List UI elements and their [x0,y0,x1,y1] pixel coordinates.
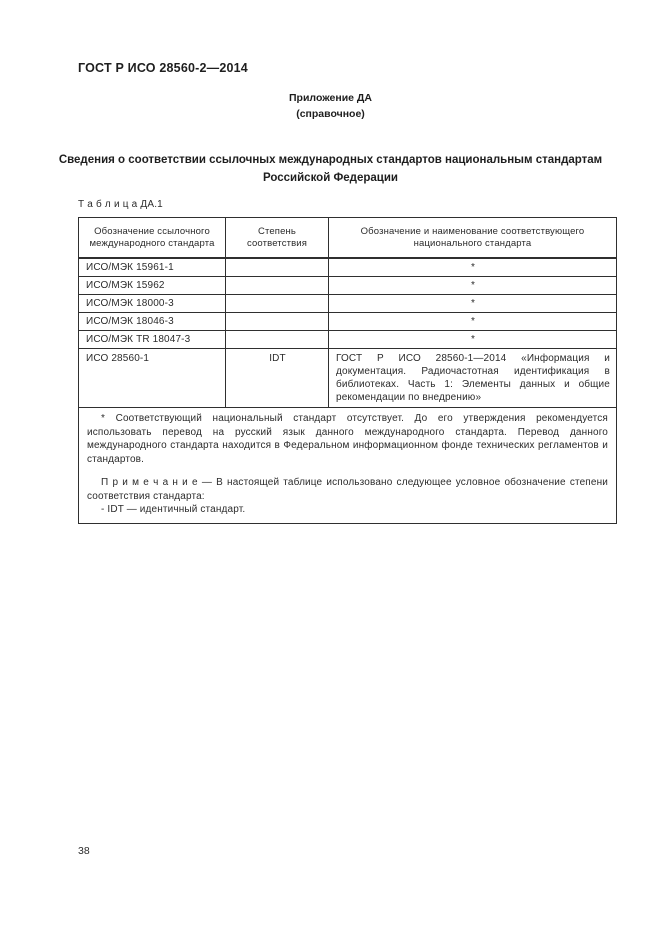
cell-reference: ИСО/МЭК 15961-1 [79,258,226,277]
table-caption: Т а б л и ц а ДА.1 [78,199,163,210]
footnote-text: * Соответствующий национальный стандарт … [87,412,608,466]
footnote-cell: * Соответствующий национальный стандарт … [79,408,617,524]
column-header-reference-standard: Обозначение ссылочного международного ст… [79,218,226,259]
page-number: 38 [78,845,90,857]
cell-degree [226,313,329,331]
cell-degree [226,295,329,313]
cell-reference: ИСО 28560-1 [79,349,226,408]
cell-reference: ИСО/МЭК TR 18047-3 [79,331,226,349]
document-code: ГОСТ Р ИСО 28560-2—2014 [78,61,248,75]
cell-national: * [329,258,617,277]
table-header-row: Обозначение ссылочного международного ст… [79,218,617,259]
annex-label: Приложение ДА [0,90,661,106]
table-row: ИСО/МЭК 15961-1 * [79,258,617,277]
annex-heading: Приложение ДА (справочное) [0,90,661,122]
column-header-national-standard: Обозначение и наименование соответствующ… [329,218,617,259]
cell-degree [226,331,329,349]
cell-national: ГОСТ Р ИСО 28560-1—2014 «Информация и до… [329,349,617,408]
correspondence-table: Обозначение ссылочного международного ст… [78,217,617,524]
document-page: ГОСТ Р ИСО 28560-2—2014 Приложение ДА (с… [0,0,661,936]
note-item-idt: - IDT — идентичный стандарт. [87,503,608,517]
annex-kind: (справочное) [0,106,661,122]
page-title-line1: Сведения о соответствии ссылочных междун… [40,151,621,169]
cell-degree [226,258,329,277]
table-row: ИСО/МЭК 15962 * [79,277,617,295]
cell-reference: ИСО/МЭК 15962 [79,277,226,295]
cell-reference: ИСО/МЭК 18046-3 [79,313,226,331]
cell-national: * [329,277,617,295]
note-text: П р и м е ч а н и е — В настоящей таблиц… [87,476,608,503]
table-footnote-row: * Соответствующий национальный стандарт … [79,408,617,524]
cell-reference: ИСО/МЭК 18000-3 [79,295,226,313]
cell-national: * [329,295,617,313]
table-row: ИСО/МЭК TR 18047-3 * [79,331,617,349]
cell-degree [226,277,329,295]
table-row: ИСО/МЭК 18046-3 * [79,313,617,331]
cell-degree: IDT [226,349,329,408]
table-row: ИСО 28560-1 IDT ГОСТ Р ИСО 28560-1—2014 … [79,349,617,408]
cell-national: * [329,331,617,349]
column-header-degree: Степень соответствия [226,218,329,259]
cell-national: * [329,313,617,331]
table-row: ИСО/МЭК 18000-3 * [79,295,617,313]
page-title: Сведения о соответствии ссылочных междун… [40,151,621,187]
page-title-line2: Российской Федерации [40,169,621,187]
